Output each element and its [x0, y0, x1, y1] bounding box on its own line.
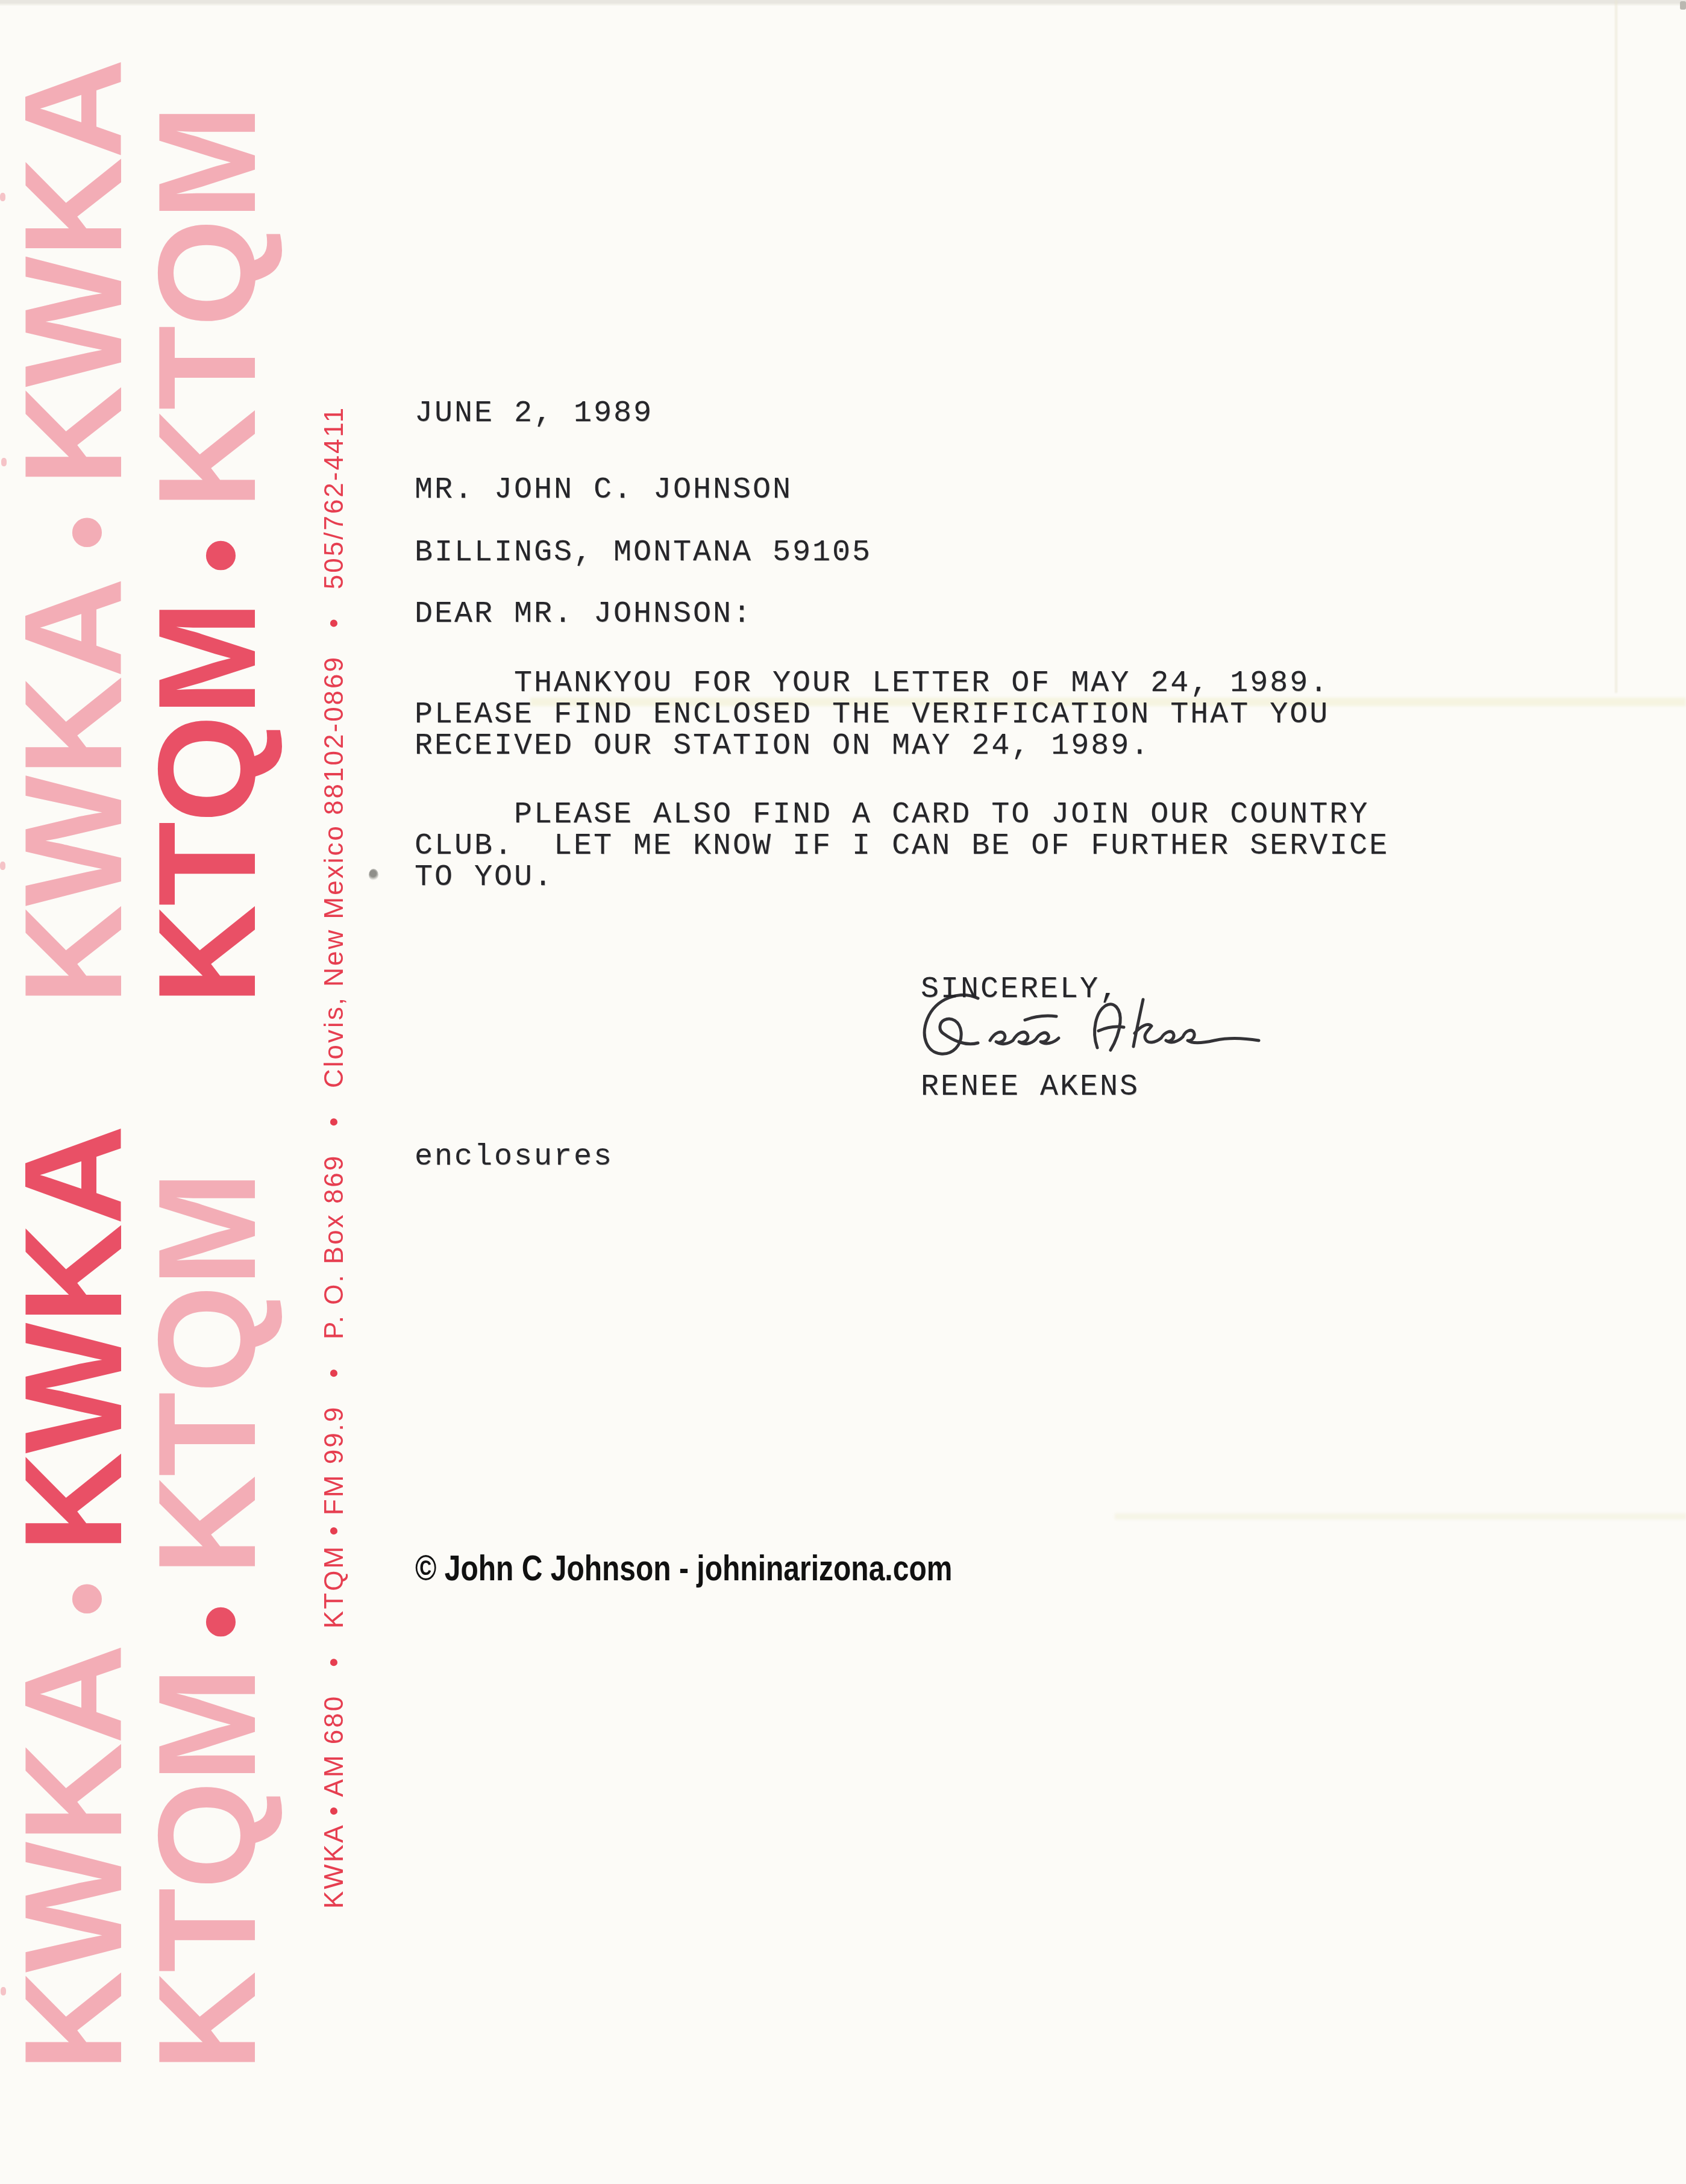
letter-paragraph-1: THANKYOU FOR YOUR LETTER OF MAY 24, 1989…: [415, 668, 1329, 762]
salutation: DEAR MR. JOHNSON:: [415, 599, 753, 630]
scanned-letter-page: KWKA • KWKA KTQM • KTQM KWKA • KWKA KTQM…: [0, 0, 1686, 2184]
signature-stroke-a: [1095, 1004, 1124, 1050]
letterhead-column-ktqm-bottom: KTQM • KTQM: [152, 1172, 263, 2071]
separator-dot: •: [29, 1553, 143, 1645]
station-call-letters: KWKA: [0, 579, 151, 1005]
signature-stroke-overbar: [1025, 1016, 1056, 1020]
station-call-letters: KWKA: [0, 1645, 151, 2071]
scan-edge-artifact: [0, 4, 1686, 5]
scan-edge-artifact: [0, 0, 1686, 4]
station-call-letters: KTQM: [130, 1172, 284, 1575]
letterhead-column-ktqm-top: KTQM • KTQM: [152, 106, 263, 1005]
separator-dot: •: [163, 509, 277, 602]
separator-dot: •: [163, 1575, 277, 1668]
station-call-letters: KTQM: [130, 106, 284, 509]
enclosures-note: enclosures: [415, 1142, 613, 1173]
signer-typed-name: RENEE AKENS: [921, 1072, 1139, 1103]
scan-speck: [369, 869, 378, 881]
station-call-letters: KWKA: [0, 60, 151, 486]
scan-speck: [1680, 1, 1686, 10]
paper-crease: [1615, 0, 1617, 693]
recipient-city: BILLINGS, MONTANA 59105: [415, 537, 872, 569]
letter-paragraph-2: PLEASE ALSO FIND A CARD TO JOIN OUR COUN…: [415, 799, 1389, 893]
copyright-credit: © John C Johnson - johninarizona.com: [415, 1547, 952, 1589]
station-call-letters: KTQM: [130, 1668, 284, 2071]
scan-streak-artifact: [1115, 1513, 1686, 1519]
station-contact-info: KWKA • AM 680 • KTQM • FM 99.9 • P. O. B…: [324, 406, 345, 1909]
letterhead-column-kwka-top: KWKA • KWKA: [18, 60, 129, 1005]
signature-handwriting: [907, 985, 1268, 1075]
signature-stroke-enee: [990, 1032, 1059, 1044]
letterhead-column-kwka-bottom: KWKA • KWKA: [18, 1126, 129, 2071]
recipient-name: MR. JOHN C. JOHNSON: [415, 475, 792, 506]
station-call-letters: KTQM: [130, 602, 284, 1005]
separator-dot: •: [29, 486, 143, 579]
station-call-letters: KWKA: [0, 1126, 151, 1552]
signature-stroke-kens-tail: [1133, 1000, 1259, 1047]
signature-stroke-r: [924, 995, 978, 1054]
letter-date: JUNE 2, 1989: [415, 398, 653, 430]
